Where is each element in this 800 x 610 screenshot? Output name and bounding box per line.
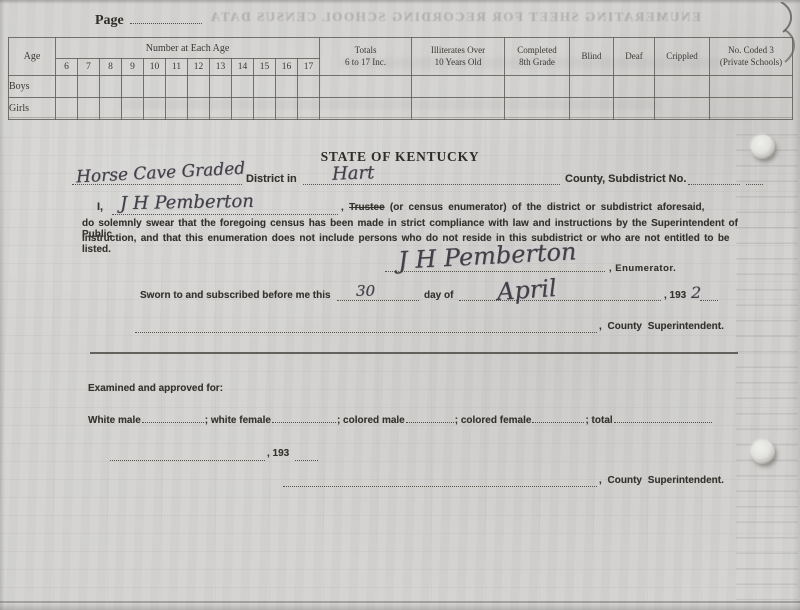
form-title: STATE OF KENTUCKY xyxy=(300,149,500,165)
footer-county-superintendent-label: , County Superintendent. xyxy=(599,475,724,486)
sworn-prefix-label: Sworn to and subscribed before me this xyxy=(140,290,331,301)
age-14-header: 14 xyxy=(232,59,254,76)
table-cell xyxy=(570,76,614,98)
illiterates-column-header: Illiterates Over 10 Years Old xyxy=(412,38,505,76)
colored-female-label: ; colored female xyxy=(455,415,532,426)
age-6-header: 6 xyxy=(56,59,78,76)
footer-date-blank xyxy=(110,446,265,461)
tally-line: White male; white female; colored male; … xyxy=(88,410,740,426)
table-cell xyxy=(78,76,100,98)
age-15-header: 15 xyxy=(254,59,276,76)
oath-trustee-clause: , Trustee (or census enumerator) of the … xyxy=(341,202,739,213)
table-cell xyxy=(100,76,122,98)
table-cell xyxy=(188,76,210,98)
age-10-header: 10 xyxy=(144,59,166,76)
enumerator-label: , Enumerator. xyxy=(609,263,676,274)
white-male-label: White male xyxy=(88,415,141,426)
county-name-handwritten: Hart xyxy=(332,162,375,184)
totals-column-header: Totals 6 to 17 Inc. xyxy=(320,38,412,76)
table-shadow-line xyxy=(8,117,792,118)
table-cell xyxy=(614,76,655,98)
boys-row-label: Boys xyxy=(9,76,56,98)
table-row-boys: Boys xyxy=(9,76,793,98)
age-summary-table: Age Number at Each Age Totals 6 to 17 In… xyxy=(8,37,793,120)
total-label: ; total xyxy=(585,415,612,426)
bleedthrough-right-margin xyxy=(736,120,798,600)
colored-male-blank xyxy=(406,410,454,423)
table-cell xyxy=(320,76,412,98)
table-cell xyxy=(56,76,78,98)
sworn-year-label: , 193 xyxy=(664,290,686,301)
footer-year-label: , 193 xyxy=(267,448,289,459)
table-cell xyxy=(505,76,570,98)
punch-hole-top xyxy=(751,135,775,159)
district-in-label: District in xyxy=(246,173,297,185)
age-8-header: 8 xyxy=(100,59,122,76)
age-11-header: 11 xyxy=(166,59,188,76)
table-header-row-1: Age Number at Each Age Totals 6 to 17 In… xyxy=(9,38,793,59)
table-cell xyxy=(254,76,276,98)
subdistrict-number-blank-2 xyxy=(746,170,763,185)
sworn-day-handwritten: 30 xyxy=(356,282,375,300)
deaf-column-header: Deaf xyxy=(614,38,655,76)
colored-male-label: ; colored male xyxy=(337,415,405,426)
table-cell xyxy=(232,76,254,98)
enumerator-name-blank xyxy=(112,200,338,215)
sworn-month-handwritten: April xyxy=(496,274,557,306)
white-female-blank xyxy=(272,410,336,423)
table-cell xyxy=(122,76,144,98)
examined-approved-label: Examined and approved for: xyxy=(88,383,223,394)
county-superintendent-signature-blank xyxy=(135,318,597,333)
county-subdistrict-label: County, Subdistrict No. xyxy=(565,173,686,185)
table-cell xyxy=(210,76,232,98)
sworn-year-blank xyxy=(700,286,718,301)
section-divider-rule xyxy=(90,352,738,354)
table-cell xyxy=(710,76,793,98)
district-name-blank xyxy=(72,170,242,185)
table-cell xyxy=(298,76,320,98)
county-superintendent-label: , County Superintendent. xyxy=(599,321,724,332)
age-17-header: 17 xyxy=(298,59,320,76)
table-cell xyxy=(276,76,298,98)
colored-female-blank xyxy=(532,410,584,423)
age-9-header: 9 xyxy=(122,59,144,76)
age-16-header: 16 xyxy=(276,59,298,76)
table-cell xyxy=(412,76,505,98)
sworn-month-blank xyxy=(459,286,661,301)
census-sheet-page: ENUMERATING SHEET FOR RECORDING SCHOOL C… xyxy=(0,0,800,610)
page-label: Page xyxy=(95,13,124,28)
white-male-blank xyxy=(142,410,204,423)
bleedthrough-header-text: ENUMERATING SHEET FOR RECORDING SCHOOL C… xyxy=(170,9,740,25)
white-female-label: ; white female xyxy=(205,415,271,426)
oath-i-label: I, xyxy=(97,201,103,213)
number-at-each-age-header: Number at Each Age xyxy=(56,38,320,59)
blind-column-header: Blind xyxy=(570,38,614,76)
age-7-header: 7 xyxy=(78,59,100,76)
footer-year-blank xyxy=(295,446,318,461)
page-number-blank xyxy=(130,11,202,24)
table-cell xyxy=(166,76,188,98)
crippled-column-header: Crippled xyxy=(655,38,710,76)
age-column-header: Age xyxy=(9,38,56,76)
day-of-label: day of xyxy=(424,290,453,301)
table-cell xyxy=(144,76,166,98)
age-13-header: 13 xyxy=(210,59,232,76)
punch-hole-bottom xyxy=(751,440,775,464)
signature-blank xyxy=(385,257,605,272)
page-number-field: Page xyxy=(95,11,202,29)
sworn-day-blank xyxy=(337,286,419,301)
subdistrict-number-blank xyxy=(688,170,740,185)
no-coded-private-schools-column-header: No. Coded 3 (Private Schools) xyxy=(710,38,793,76)
total-blank xyxy=(614,410,712,423)
age-12-header: 12 xyxy=(188,59,210,76)
trustee-struck-word: Trustee xyxy=(349,202,385,213)
completed-8th-grade-column-header: Completed 8th Grade xyxy=(505,38,570,76)
footer-superintendent-signature-blank xyxy=(283,472,597,487)
photo-bottom-edge xyxy=(0,601,800,603)
table-cell xyxy=(655,76,710,98)
